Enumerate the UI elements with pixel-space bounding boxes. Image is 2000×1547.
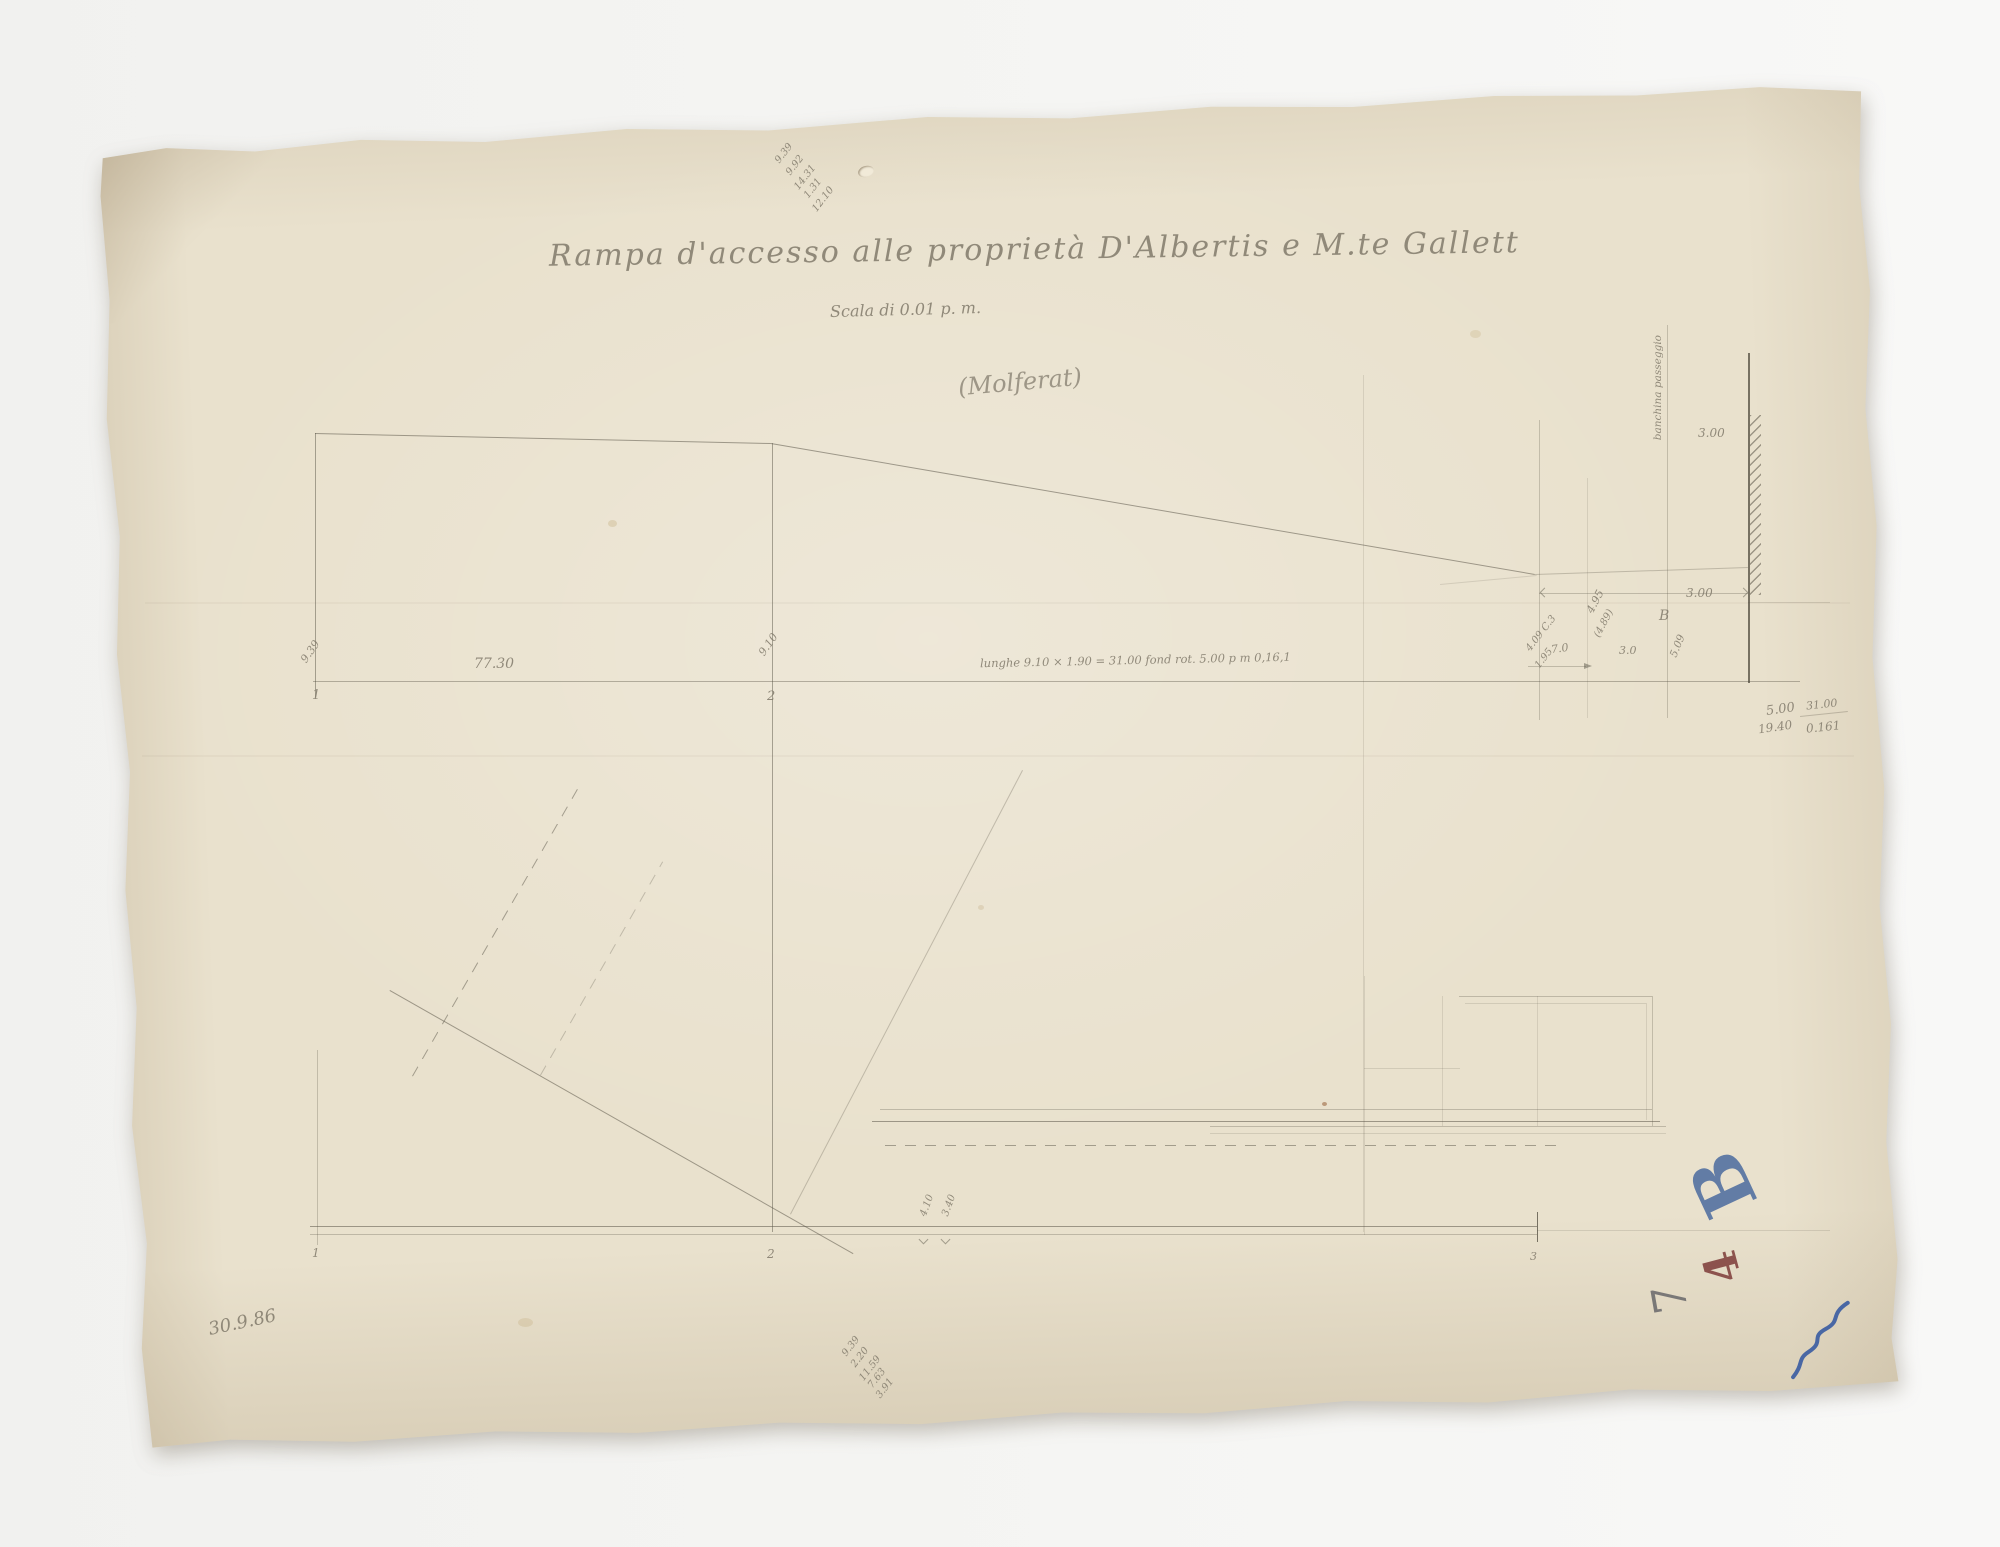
arrow-head — [1584, 663, 1592, 669]
red-crayon-number: 4 — [1692, 1245, 1752, 1290]
paper-hole — [857, 164, 875, 179]
building-division-1 — [1442, 996, 1443, 1126]
plan-width-4-10: 4.10 — [918, 1193, 936, 1218]
plan-station-1: 1 — [312, 1246, 320, 1260]
plan-station-3: 3 — [1530, 1250, 1537, 1263]
station-1-label: 1 — [312, 688, 320, 703]
ground-line-right-of-wall — [1748, 602, 1830, 603]
building-right-edge-inner — [1646, 1003, 1647, 1120]
wall-top-dim: 3.00 — [1698, 426, 1725, 440]
dim-3-00: 3.00 — [1686, 586, 1713, 600]
right-vertical-b — [1587, 478, 1588, 718]
profile-vertical-station-2 — [772, 443, 773, 1232]
name-annotation: (Molferat) — [957, 363, 1083, 402]
incline-note: lunghe 9.10 × 1.90 = 31.00 fond rot. 5.0… — [980, 650, 1291, 671]
lower-level-line — [1535, 567, 1748, 575]
foxing-spot — [1470, 330, 1481, 338]
right-vertical-c — [1667, 325, 1668, 718]
dim-7-0: 7.0 — [1550, 641, 1569, 656]
ramp-slope-line — [771, 443, 1535, 575]
horizontal-crease-lower — [142, 755, 1854, 757]
gray-pencil-number: 7 — [1641, 1280, 1699, 1318]
plan-station-2: 2 — [767, 1247, 775, 1261]
ratio-result-bottom: 0.161 — [1805, 718, 1841, 736]
foxing-spot — [608, 520, 617, 527]
plan-width-tick — [941, 1235, 951, 1245]
building-top-edge — [1459, 996, 1652, 997]
length-77-30: 77.30 — [474, 656, 514, 672]
building-division-2 — [1537, 996, 1538, 1126]
rust-speck — [1322, 1102, 1327, 1106]
building-bottom-edge-inner — [1210, 1133, 1666, 1134]
plan-road-centerline-dashed — [885, 1145, 1560, 1146]
plan-diagonal-ramp-edge — [790, 770, 1023, 1214]
foxing-spot — [978, 905, 984, 910]
plan-width-tick — [919, 1235, 929, 1245]
building-top-edge-inner — [1465, 1003, 1646, 1004]
plan-station-3-tick — [1537, 1212, 1538, 1242]
plan-road-lower-faint-continuation — [1537, 1230, 1830, 1231]
plan-diagonal-boundary — [390, 990, 854, 1254]
profile-vertical-station-1 — [315, 433, 316, 697]
dim-5-09: 5.09 — [1668, 633, 1688, 659]
right-vertical-a — [1539, 420, 1540, 720]
ground-wedge-line — [1440, 575, 1537, 585]
blue-crayon-letter: B — [1671, 1139, 1774, 1230]
right-dimension-line — [1539, 593, 1748, 594]
profile-top-line — [315, 433, 771, 444]
ratio-numerator: 5.00 — [1765, 700, 1796, 719]
scanned-sheet-canvas: Rampa d'accesso alle proprietà D'Alberti… — [0, 0, 2000, 1547]
station-2-label: 2 — [767, 689, 775, 704]
building-right-edge — [1652, 996, 1653, 1126]
building-left-edge — [1364, 976, 1365, 1235]
dim-tick — [1540, 588, 1550, 598]
scale-note: Scala di 0.01 p. m. — [830, 298, 981, 321]
dim-tick — [1739, 588, 1749, 598]
wall-hatching — [1750, 415, 1761, 595]
drawing-layer: Rampa d'accesso alle proprietà D'Alberti… — [0, 0, 2000, 1547]
drawing-title: Rampa d'accesso alle proprietà D'Alberti… — [549, 225, 1520, 274]
blue-ink-scribble — [1786, 1290, 1864, 1395]
left-height-label: 9.39 — [298, 638, 323, 666]
ratio-result-top: 31.00 — [1805, 696, 1838, 712]
mid-height-label: 9.10 — [756, 631, 781, 659]
dimension-base-line — [313, 681, 1800, 682]
point-b-label: B — [1659, 608, 1669, 624]
building-bottom-edge — [1210, 1126, 1666, 1127]
plan-road-upper-edge-2 — [872, 1121, 1660, 1122]
plan-width-3-40: 3.40 — [940, 1193, 958, 1218]
ratio-denominator: 19.40 — [1757, 718, 1793, 737]
plan-dashed-line-1 — [412, 789, 578, 1076]
date-note: 30.9.86 — [207, 1305, 279, 1340]
plan-road-lower-edge-1 — [310, 1226, 1537, 1227]
wall-vertical-label: banchina passeggio — [1652, 335, 1664, 440]
foxing-spot — [518, 1318, 533, 1327]
dim-3-0: 3.0 — [1619, 644, 1637, 657]
plan-left-vertical — [317, 1050, 318, 1245]
building-internal-line — [1364, 1068, 1460, 1069]
plan-dashed-line-2 — [540, 862, 663, 1076]
